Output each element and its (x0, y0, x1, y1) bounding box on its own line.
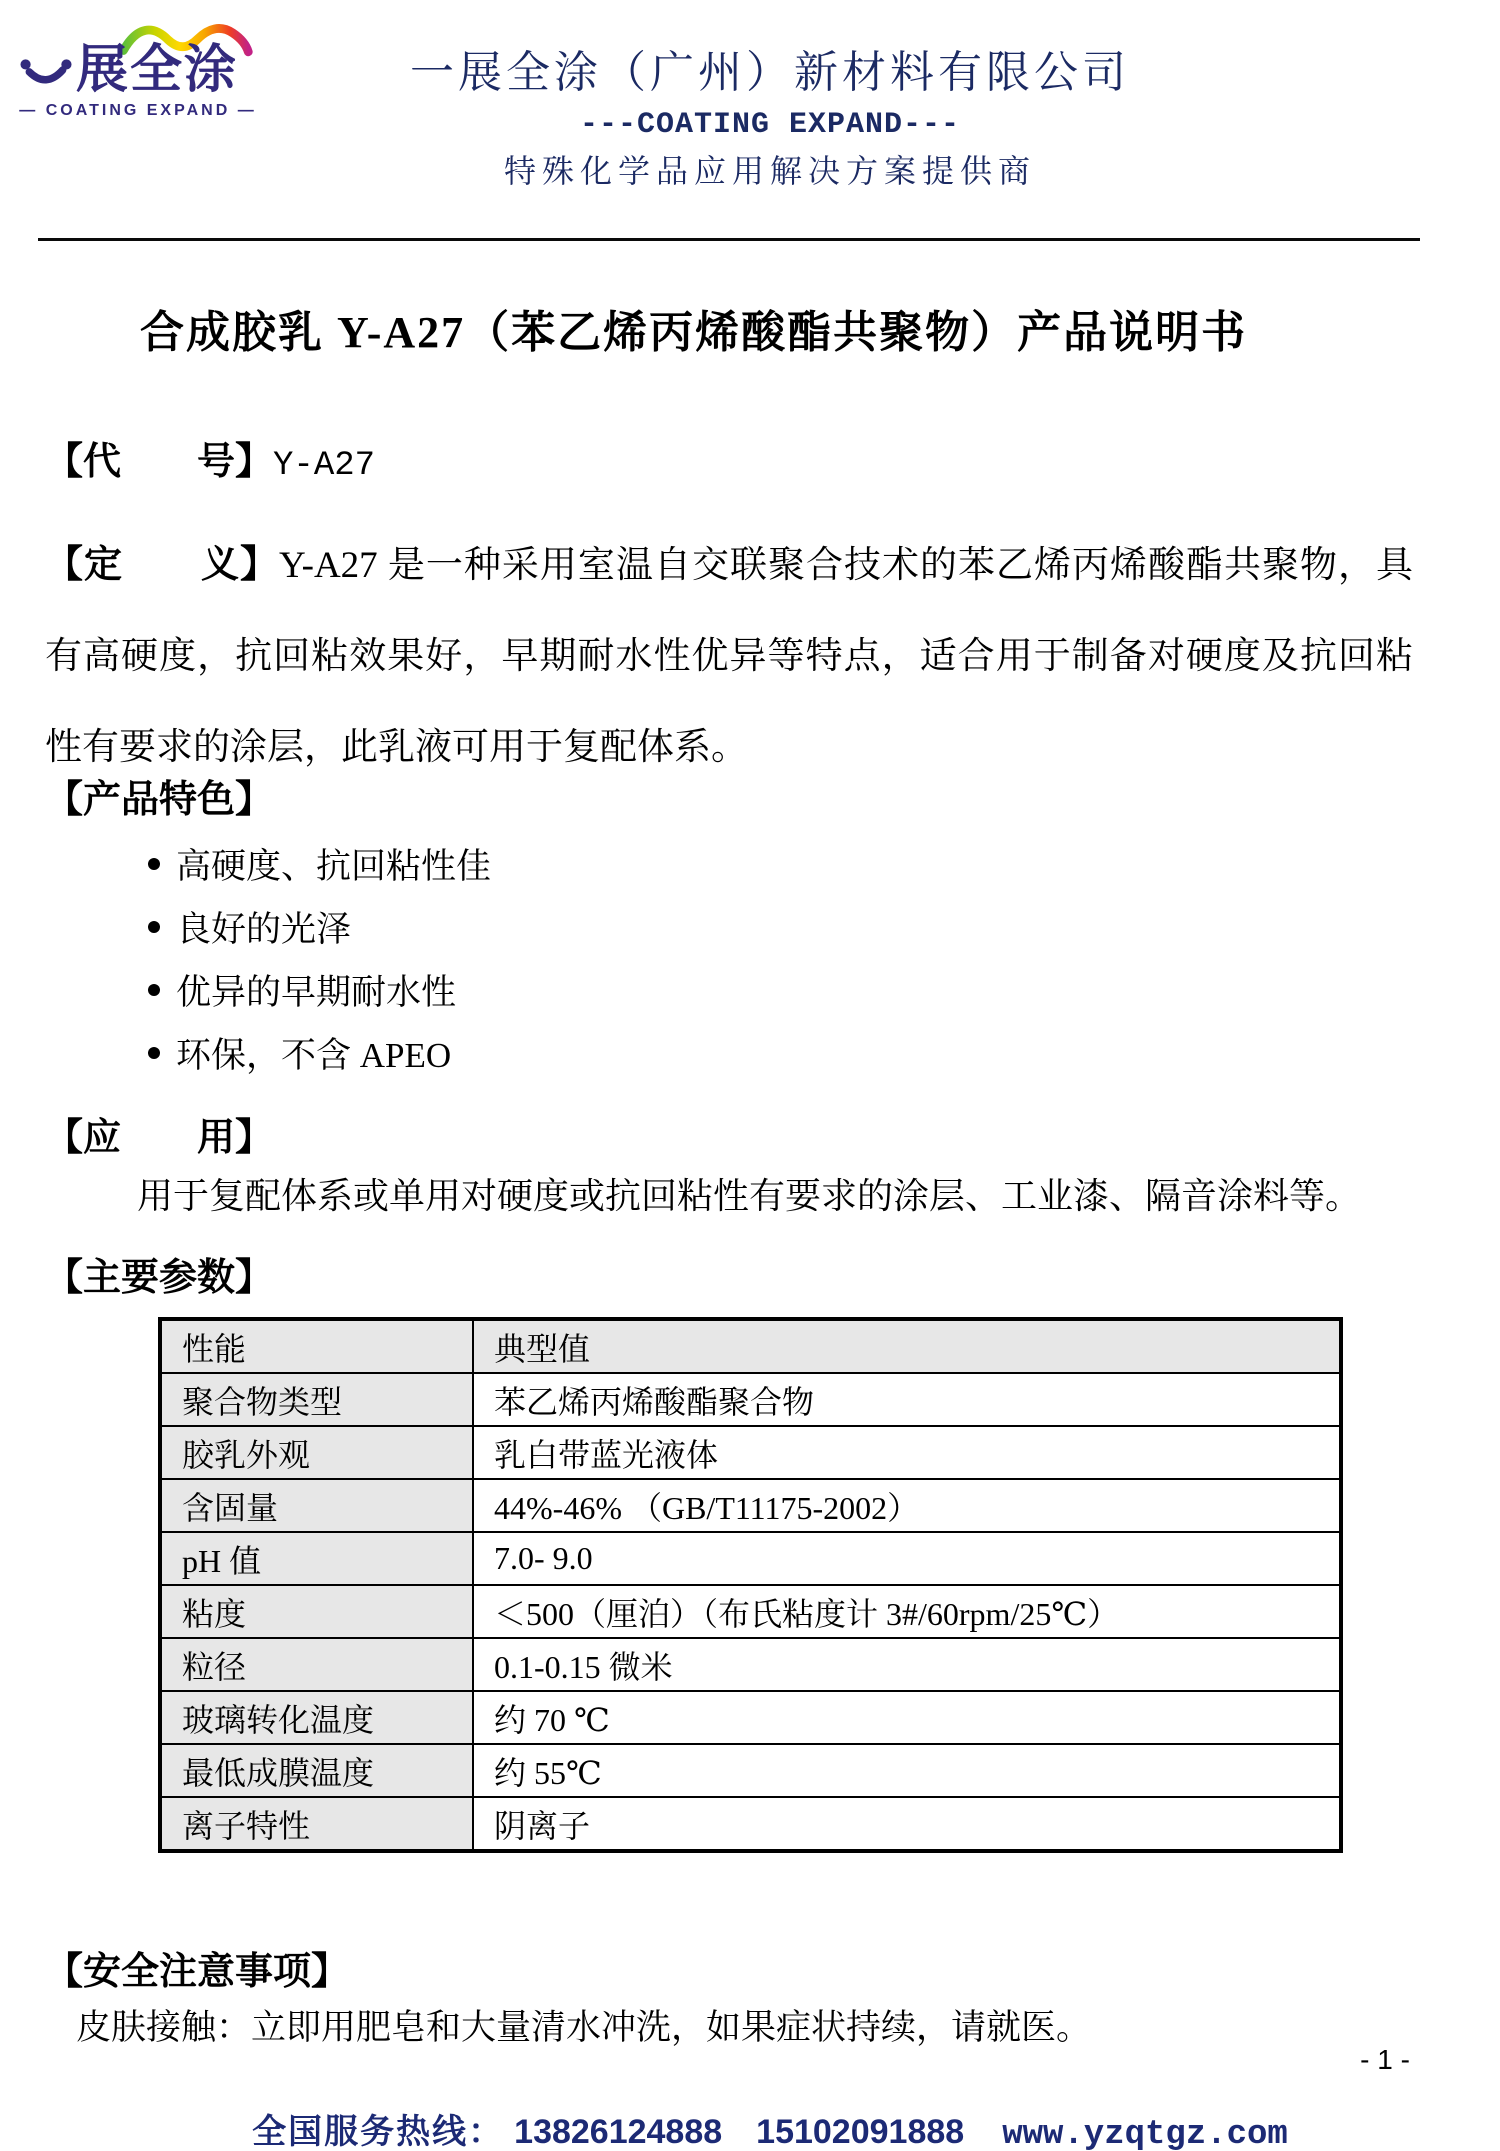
section-definition: 【定 义】Y-A27 是一种采用室温自交联聚合技术的苯乙烯丙烯酸酯共聚物，具有高… (45, 520, 1413, 793)
table-row: 粒径 0.1-0.15 微米 (160, 1638, 1341, 1691)
section-code: 【代 号】Y-A27 (45, 430, 375, 485)
param-name-cell: pH 值 (160, 1532, 473, 1585)
feature-item: 环保，不含 APEO (148, 1021, 491, 1084)
param-value-cell: 乳白带蓝光液体 (473, 1426, 1341, 1479)
feature-list: 高硬度、抗回粘性佳 良好的光泽 优异的早期耐水性 环保，不含 APEO (148, 832, 491, 1084)
definition-label: 【定 义】 (45, 544, 279, 586)
table-row: 胶乳外观 乳白带蓝光液体 (160, 1426, 1341, 1479)
feature-text: 良好的光泽 (176, 902, 351, 952)
param-value-cell: 阴离子 (473, 1797, 1341, 1851)
safety-label: 【安全注意事项】 (45, 1940, 349, 1995)
feature-item: 良好的光泽 (148, 895, 491, 958)
param-value-cell: 约 55℃ (473, 1744, 1341, 1797)
table-header-typical-value: 典型值 (473, 1319, 1341, 1373)
param-value-cell: 7.0- 9.0 (473, 1532, 1341, 1585)
table-row: 含固量 44%-46% （GB/T11175-2002） (160, 1479, 1341, 1532)
table-row: pH 值 7.0- 9.0 (160, 1532, 1341, 1585)
parameters-table: 性能 典型值 聚合物类型 苯乙烯丙烯酸酯聚合物 胶乳外观 乳白带蓝光液体 含固量… (158, 1317, 1343, 1853)
application-label: 【应 用】 (45, 1106, 273, 1161)
parameters-label: 【主要参数】 (45, 1246, 273, 1301)
table-header-row: 性能 典型值 (160, 1319, 1341, 1373)
bullet-icon (148, 921, 160, 933)
company-name: 一展全涂（广州）新材料有限公司 (40, 36, 1500, 100)
feature-item: 高硬度、抗回粘性佳 (148, 832, 491, 895)
table-row: 最低成膜温度 约 55℃ (160, 1744, 1341, 1797)
bullet-icon (148, 984, 160, 996)
table-row: 粘度 ＜500（厘泊）（布氏粘度计 3#/60rpm/25℃） (160, 1585, 1341, 1638)
param-name-cell: 离子特性 (160, 1797, 473, 1851)
param-value-cell: 0.1-0.15 微米 (473, 1638, 1341, 1691)
table-row: 玻璃转化温度 约 70 ℃ (160, 1691, 1341, 1744)
document-page: 展全涂 — COATING EXPAND — 一展全涂（广州）新材料有限公司 -… (0, 0, 1500, 2151)
feature-item: 优异的早期耐水性 (148, 958, 491, 1021)
table-header-property: 性能 (160, 1319, 473, 1373)
company-tagline-cn: 特殊化学品应用解决方案提供商 (40, 146, 1500, 192)
table-row: 聚合物类型 苯乙烯丙烯酸酯聚合物 (160, 1373, 1341, 1426)
param-name-cell: 含固量 (160, 1479, 473, 1532)
footer-hotline: 全国服务热线：1382612488815102091888www.yzqtgz.… (40, 2104, 1500, 2151)
param-name-cell: 聚合物类型 (160, 1373, 473, 1426)
param-name-cell: 粒径 (160, 1638, 473, 1691)
param-name-cell: 玻璃转化温度 (160, 1691, 473, 1744)
company-subtitle-en: ---COATING EXPAND--- (40, 108, 1500, 142)
feature-text: 环保，不含 APEO (176, 1028, 451, 1078)
feature-text: 高硬度、抗回粘性佳 (176, 839, 491, 889)
param-value-cell: 苯乙烯丙烯酸酯聚合物 (473, 1373, 1341, 1426)
phone-number-2: 15102091888 (756, 2113, 964, 2151)
bullet-icon (148, 858, 160, 870)
table-row: 离子特性 阴离子 (160, 1797, 1341, 1851)
code-label: 【代 号】 (45, 441, 273, 483)
website-url: www.yzqtgz.com (1002, 2116, 1288, 2151)
features-label: 【产品特色】 (45, 768, 273, 823)
page-number: - 1 - (1335, 2044, 1435, 2076)
param-value-cell: 约 70 ℃ (473, 1691, 1341, 1744)
feature-text: 优异的早期耐水性 (176, 965, 456, 1015)
header-divider (38, 238, 1420, 241)
document-title: 合成胶乳 Y-A27（苯乙烯丙烯酸酯共聚物）产品说明书 (140, 296, 1500, 360)
param-value-cell: 44%-46% （GB/T11175-2002） (473, 1479, 1341, 1532)
param-name-cell: 胶乳外观 (160, 1426, 473, 1479)
code-value: Y-A27 (273, 447, 375, 485)
safety-text: 皮肤接触：立即用肥皂和大量清水冲洗，如果症状持续，请就医。 (76, 2000, 1376, 2050)
param-name-cell: 最低成膜温度 (160, 1744, 473, 1797)
table-body: 聚合物类型 苯乙烯丙烯酸酯聚合物 胶乳外观 乳白带蓝光液体 含固量 44%-46… (160, 1373, 1341, 1851)
hotline-label: 全国服务热线： (252, 2114, 504, 2151)
page-header: 一展全涂（广州）新材料有限公司 ---COATING EXPAND--- 特殊化… (40, 36, 1500, 192)
param-value-cell: ＜500（厘泊）（布氏粘度计 3#/60rpm/25℃） (473, 1585, 1341, 1638)
param-name-cell: 粘度 (160, 1585, 473, 1638)
phone-number-1: 13826124888 (514, 2113, 722, 2151)
bullet-icon (148, 1047, 160, 1059)
application-text: 用于复配体系或单用对硬度或抗回粘性有要求的涂层、工业漆、隔音涂料等。 (137, 1168, 1437, 1219)
